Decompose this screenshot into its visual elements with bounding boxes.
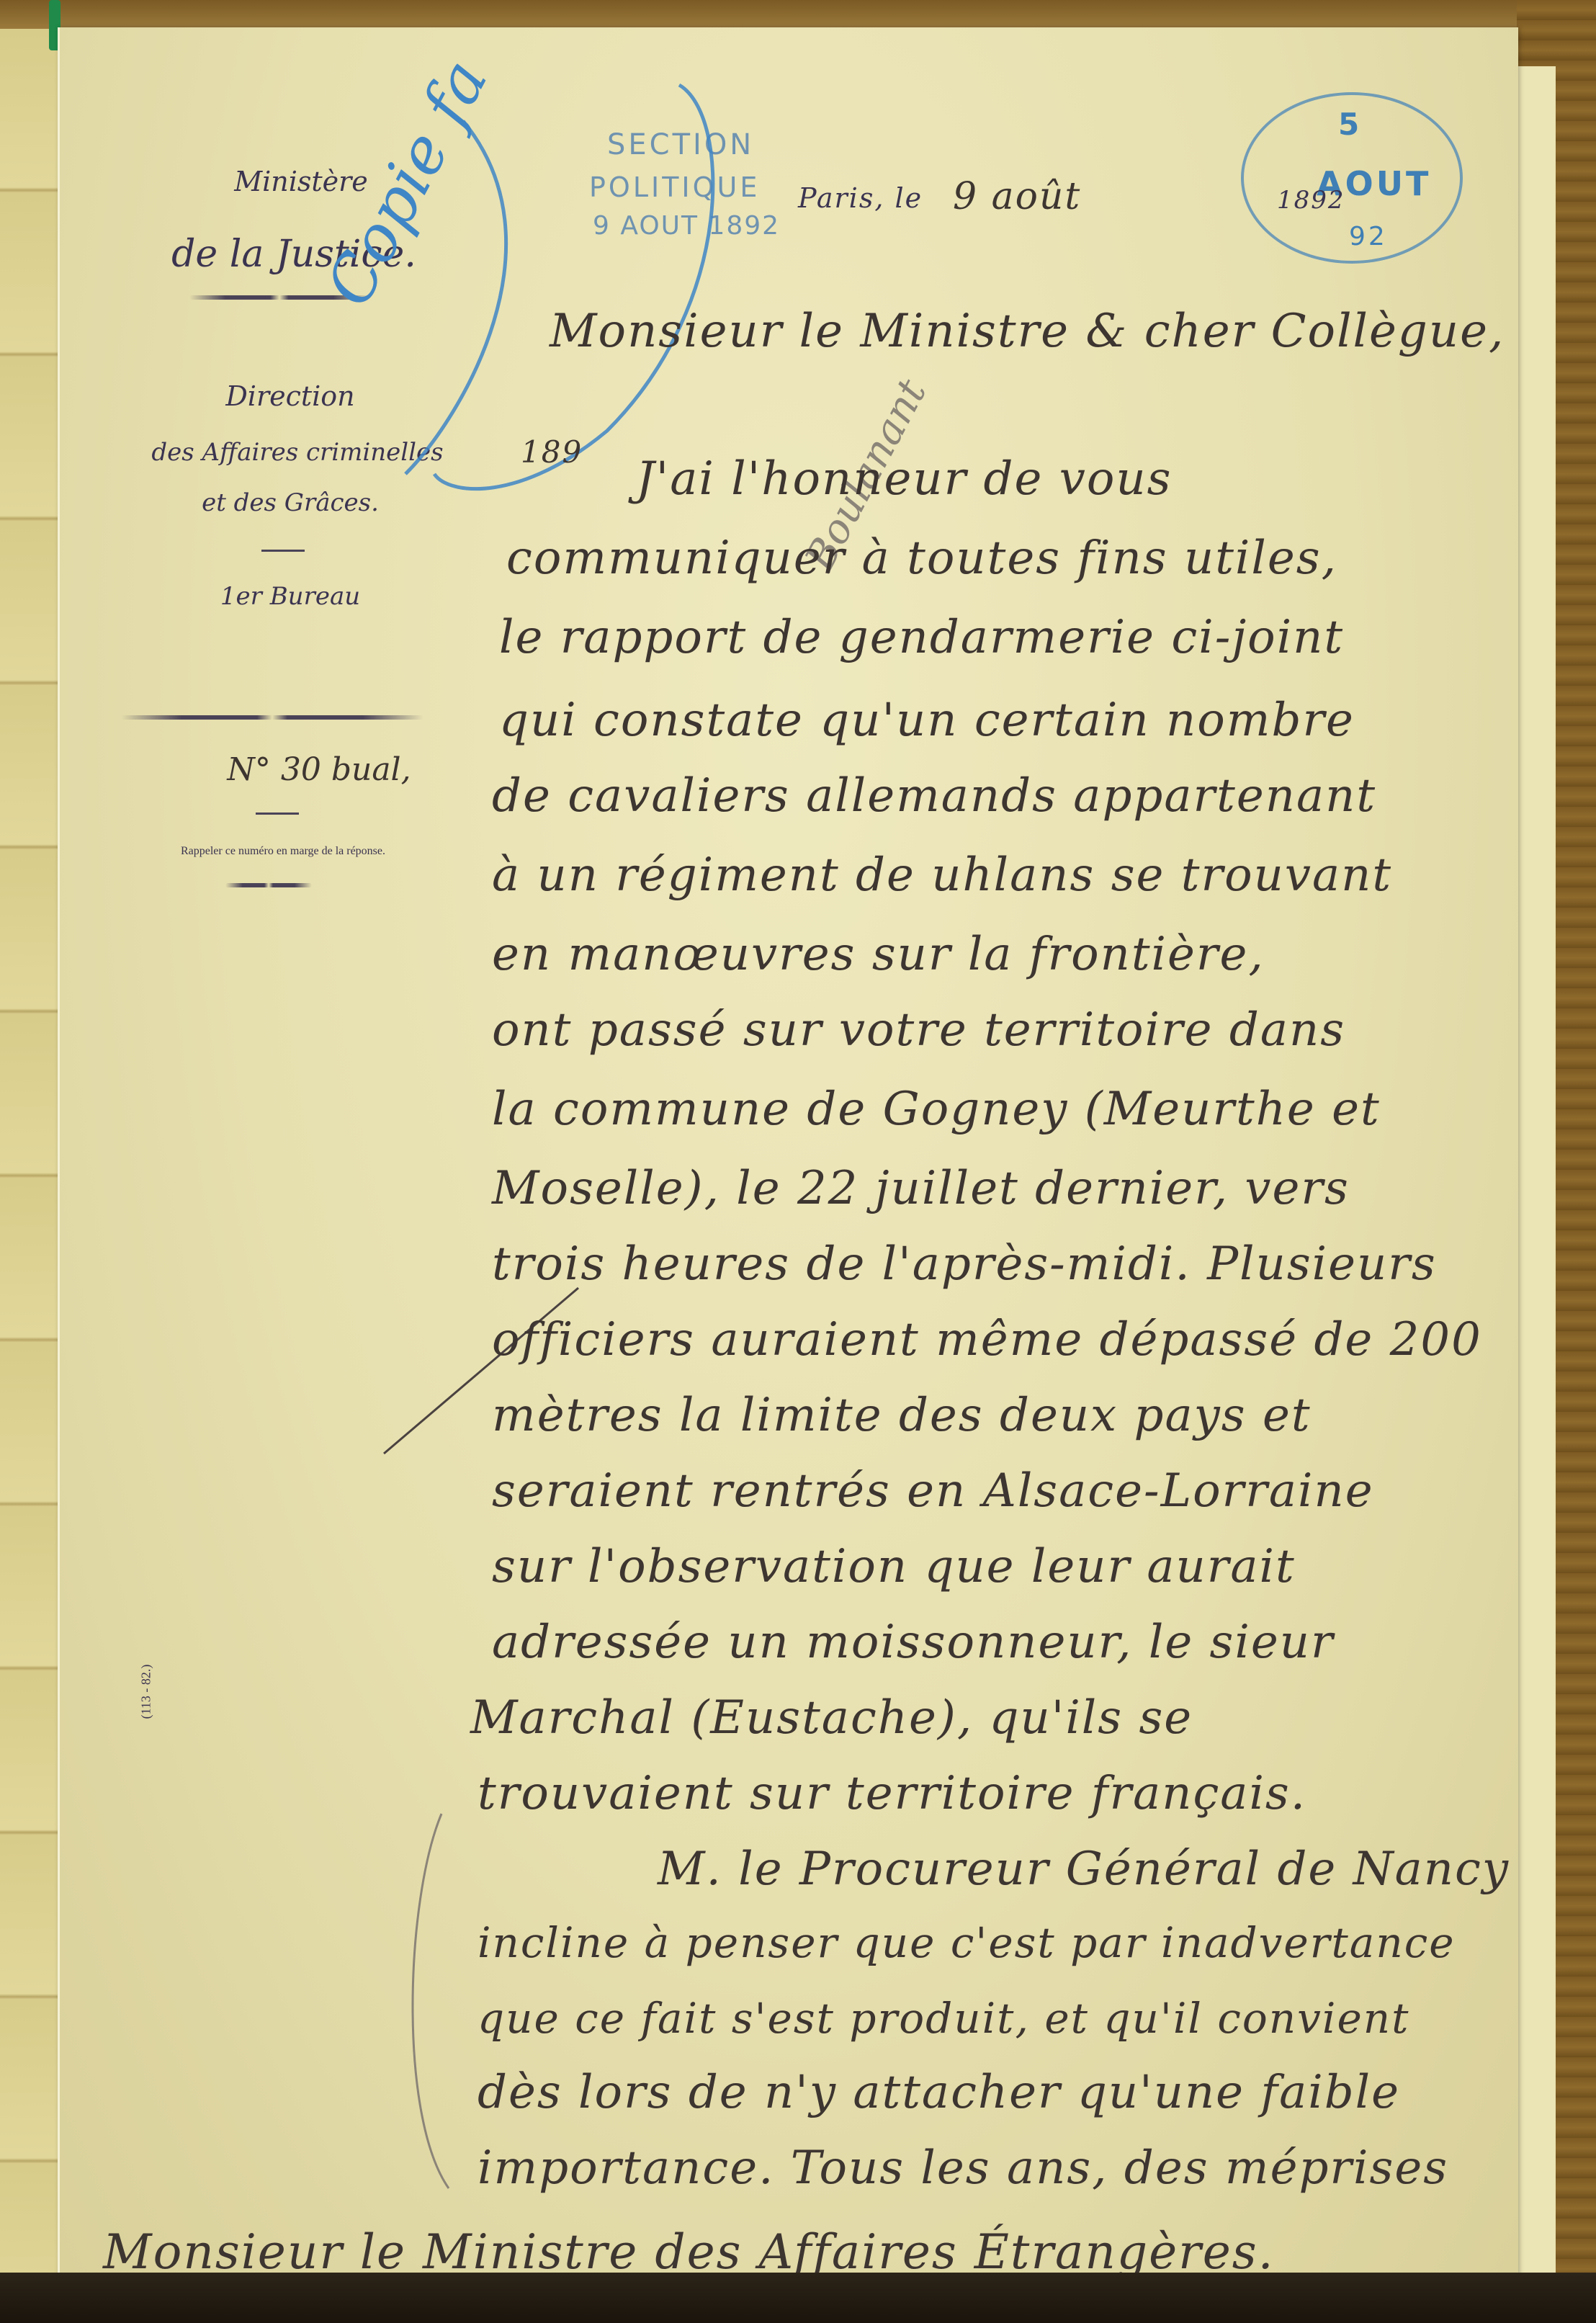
- letter-line: mètres la limite des deux pays et: [492, 1389, 1312, 1442]
- letter-line: incline à penser que c'est par inadverta…: [478, 1918, 1456, 1967]
- addressee-line: Monsieur le Ministre des Affaires Étrang…: [103, 2224, 1275, 2280]
- letter-sheet: Ministère de la Justice. Direction des A…: [58, 27, 1518, 2278]
- letter-line: sur l'observation que leur aurait: [492, 1540, 1296, 1593]
- letter-line: adressée un moissonneur, le sieur: [492, 1616, 1335, 1669]
- margin-number: 189: [521, 434, 583, 470]
- letter-line: officiers auraient même dépassé de 200: [492, 1313, 1482, 1366]
- paper-stack-edge: [0, 29, 59, 2276]
- letter-line: seraient rentrés en Alsace-Lorraine: [492, 1464, 1374, 1518]
- salutation: Monsieur le Ministre & cher Collègue,: [550, 305, 1505, 358]
- letter-line: de cavaliers allemands appartenant: [492, 769, 1376, 823]
- letter-line: la commune de Gogney (Meurthe et: [492, 1083, 1381, 1136]
- dateline-day-month: 9 août: [953, 175, 1081, 218]
- letter-line: dès lors de n'y attacher qu'une faible: [478, 2066, 1400, 2119]
- wooden-table-top: [0, 0, 1596, 29]
- letter-line: qui constate qu'un certain nombre: [499, 694, 1355, 747]
- table-shadow-bottom: [0, 2273, 1596, 2323]
- letter-line: J'ai l'honneur de vous: [636, 452, 1172, 506]
- letter-line: trois heures de l'après-midi. Plusieurs: [492, 1237, 1437, 1291]
- letter-line: communiquer à toutes fins utiles,: [506, 532, 1337, 585]
- dateline-place: Paris, le: [798, 182, 923, 214]
- letter-line: à un régiment de uhlans se trouvant: [492, 849, 1392, 902]
- dateline-year: 1892: [1277, 186, 1345, 215]
- letter-line: en manœuvres sur la frontière,: [492, 928, 1265, 981]
- letter-line: le rapport de gendarmerie ci-joint: [499, 611, 1344, 664]
- letter-line: trouvaient sur territoire français.: [478, 1767, 1306, 1820]
- letter-line: que ce fait s'est produit, et qu'il conv…: [478, 1994, 1409, 2043]
- letter-line: ont passé sur votre territoire dans: [492, 1003, 1345, 1057]
- letter-line: importance. Tous les ans, des méprises: [478, 2141, 1448, 2195]
- letter-line: Moselle), le 22 juillet dernier, vers: [492, 1162, 1350, 1215]
- letter-line: Marchal (Eustache), qu'ils se: [470, 1691, 1193, 1745]
- letter-line: M. le Procureur Général de Nancy: [658, 1843, 1510, 1896]
